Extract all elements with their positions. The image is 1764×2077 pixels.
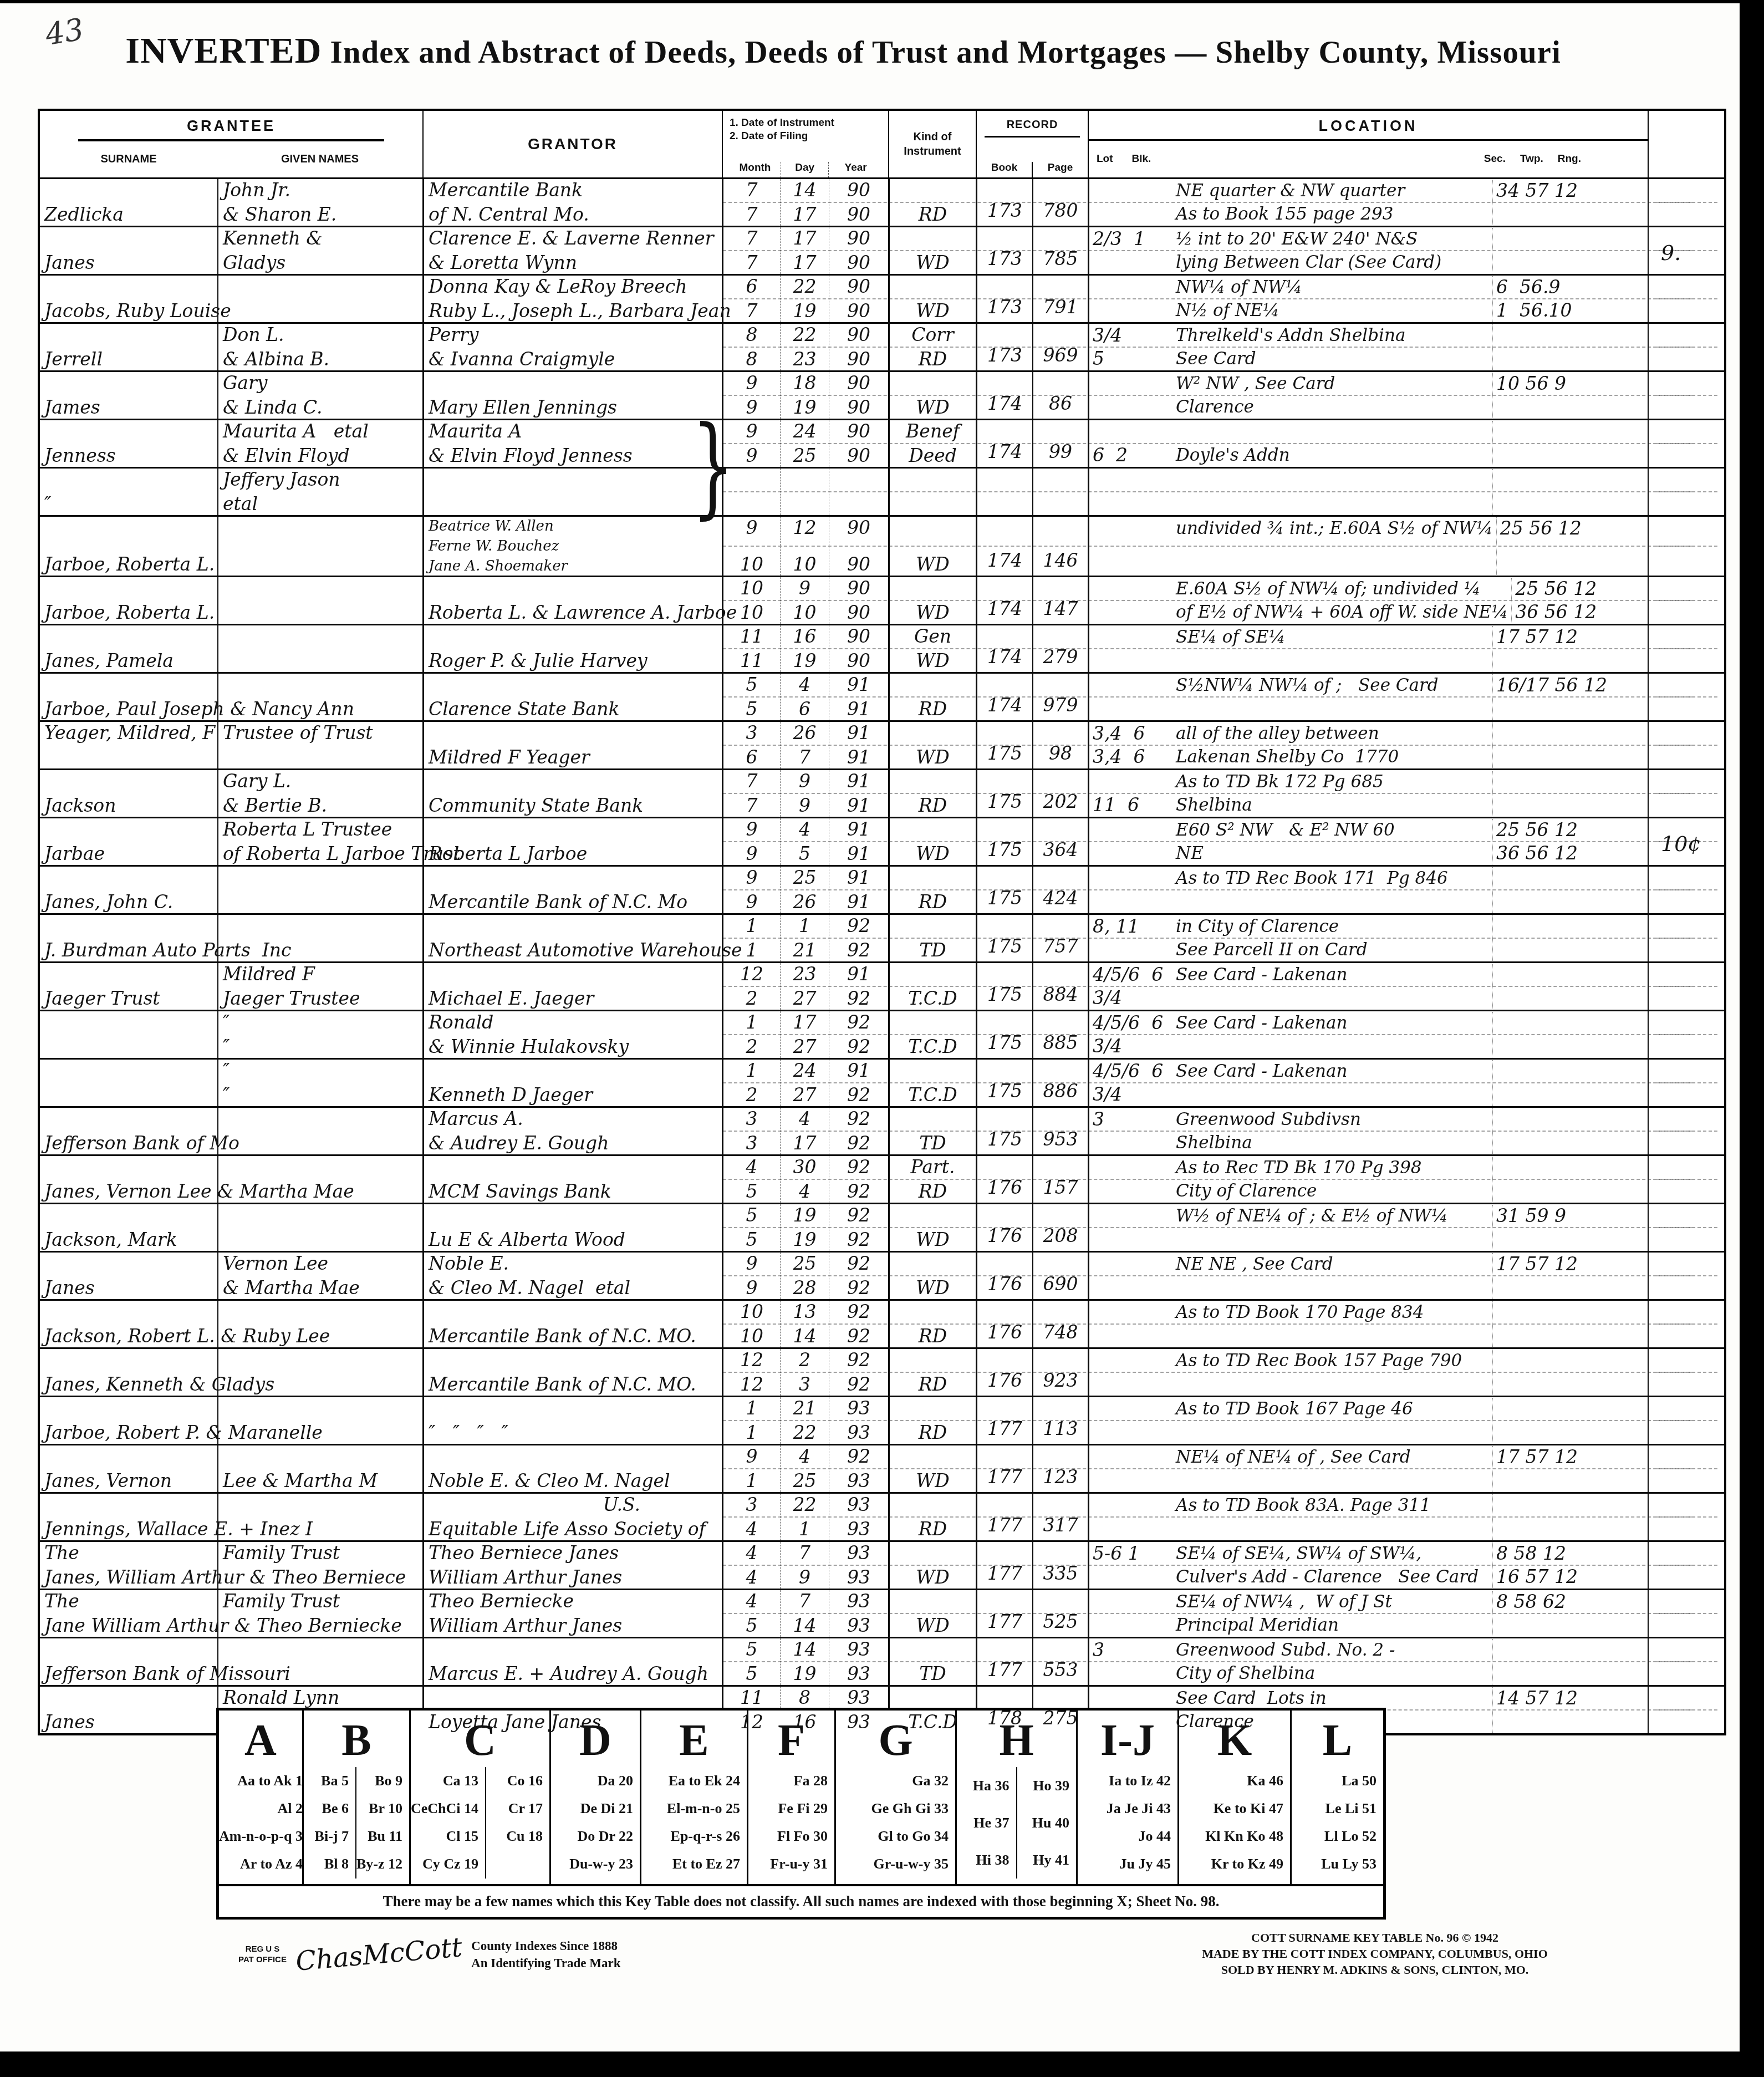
kind-of-instrument-cell-line: WD [916, 301, 949, 322]
day-cell: 304 [780, 1156, 829, 1203]
sec-twp-rng-cell-line [1496, 445, 1644, 466]
surname-cell-line: The [44, 1591, 213, 1612]
location-description-cell-line: City of Shelbina [1176, 1663, 1489, 1684]
year-cell: 9191 [829, 818, 888, 865]
kind-of-instrument-cell-line: WD [916, 1615, 949, 1636]
record-book-cell: 173 [976, 227, 1032, 274]
day-cell-line: 3 [799, 1374, 810, 1395]
record-page-cell: 147 [1032, 577, 1088, 624]
lot-blk-cell: 4/5/6 63/4 [1089, 964, 1172, 1009]
month-cell-line: 1 [746, 940, 758, 961]
given-names-cell-line [223, 1108, 418, 1129]
margin-cell [1648, 276, 1724, 322]
location-cell: NW¼ of NW¼N½ of NE¼6 56.91 56.10 [1088, 276, 1648, 322]
record-book-cell-line: 176 [987, 1274, 1022, 1295]
year-cell-line: 93 [847, 1687, 870, 1708]
given-names-cell-line [223, 650, 418, 671]
given-names-cell-line: Ronald Lynn [223, 1687, 418, 1708]
record-book-cell: 174 [976, 577, 1032, 624]
given-names-cell-line: etal [223, 493, 418, 515]
record-page-cell-line: 424 [1043, 888, 1078, 909]
record-page-cell: 748 [1032, 1301, 1088, 1347]
grantor-cell-line [429, 1398, 717, 1419]
day-cell: 2427 [780, 1060, 829, 1106]
given-names-cell: Don L.& Albina B. [217, 324, 422, 370]
lot-blk-cell-line [1093, 578, 1169, 599]
year-cell-line: 92 [847, 1374, 870, 1395]
surname-label: SURNAME [40, 153, 217, 166]
month-cell-line: 9 [746, 397, 758, 418]
record-book-cell: 174 [976, 420, 1032, 467]
grantor-cell-line: ″ ″ ″ ″ [429, 1422, 717, 1443]
year-cell-line: 90 [847, 324, 870, 345]
margin-note: 10¢ [1661, 833, 1701, 854]
location-cell: 4/5/6 63/4See Card - Lakenan [1088, 1060, 1648, 1106]
location-description-cell: Greenwood SubdivsnShelbina [1172, 1108, 1492, 1154]
location-cell: SE¼ of NW¼ , W of J StPrincipal Meridian… [1088, 1590, 1648, 1637]
grantor-cell: Noble E. & Cleo M. Nagel [422, 1445, 722, 1492]
given-names-cell: ″″ [217, 1060, 422, 1106]
year-cell-line: 93 [847, 1398, 870, 1419]
sec-twp-rng-cell-line [1496, 1157, 1644, 1178]
key-cell: Du-w-y 23 [551, 1850, 640, 1878]
surname-cell: Jerrell [40, 324, 217, 370]
surname-cell-line: Jackson, Robert L. & Ruby Lee [44, 1326, 213, 1347]
surname-cell-line [44, 1301, 213, 1322]
lot-blk-cell-line: 5-6 1 [1093, 1543, 1169, 1564]
day-cell-line: 27 [793, 1085, 817, 1106]
record-page-cell-line: 146 [1043, 550, 1078, 571]
record-book-cell-line: 175 [987, 1081, 1022, 1102]
kind-of-instrument-cell: WD [888, 1542, 976, 1589]
ledger-row: JacksonGary L.& Bertie B.Community State… [40, 770, 1724, 818]
location-description-cell-line: E60 S² NW & E² NW 60 [1176, 819, 1489, 841]
location-description-cell: As to TD Book 170 Page 834 [1172, 1301, 1492, 1347]
record-page-cell-line: 553 [1043, 1659, 1078, 1681]
day-cell-line: 9 [799, 1567, 810, 1588]
surname-cell: Jennings, Wallace E. + Inez I [40, 1494, 217, 1540]
grantor-cell-line: Kenneth D Jaeger [429, 1085, 717, 1106]
ledger-row: Jarboe, Roberta L.Roberta L. & Lawrence … [40, 577, 1724, 625]
month-cell-line: 9 [746, 892, 758, 913]
lot-blk-cell-line [1093, 1205, 1169, 1226]
given-names-cell-line [223, 892, 418, 913]
month-cell-line: 4 [746, 1543, 758, 1564]
surname-cell: Jaeger Trust [40, 963, 217, 1010]
day-cell-line: 2 [799, 1350, 810, 1371]
month-cell: 88 [722, 324, 780, 370]
location-cell: undivided ¾ int.; E.60A S½ of NW¼25 56 1… [1088, 517, 1648, 576]
given-names-cell: Mildred FJaeger Trustee [217, 963, 422, 1010]
sec-twp-rng-cell-line: 8 58 12 [1496, 1543, 1644, 1564]
sec-twp-rng-cell-line [1496, 1132, 1644, 1153]
record-page-cell: 208 [1032, 1204, 1088, 1251]
given-names-cell-line [223, 1494, 418, 1515]
given-names-cell-line [223, 1205, 418, 1226]
sec-twp-rng-cell [1492, 1157, 1648, 1202]
kind-of-instrument-cell: T.C.D [888, 963, 976, 1010]
location-description-cell: SE¼ of NW¼ , W of J StPrincipal Meridian [1172, 1591, 1492, 1636]
given-names-cell-line [223, 602, 418, 623]
day-cell-line: 7 [799, 1543, 810, 1564]
given-names-cell [217, 1301, 422, 1347]
record-page-cell: 785 [1032, 227, 1088, 274]
location-description-cell: E.60A S½ of NW¼ of; undivided ¼of E½ of … [1172, 578, 1511, 623]
given-names-cell-line [223, 517, 418, 538]
kind-of-instrument-cell: RD [888, 1301, 976, 1347]
lot-blk-cell-line [1093, 1157, 1169, 1178]
grantor-cell-line [429, 722, 717, 744]
kind-of-instrument-cell: GenWD [888, 625, 976, 672]
surname-cell-line [44, 1108, 213, 1129]
lot-blk-cell-line [1093, 819, 1169, 841]
margin-cell [1648, 372, 1724, 419]
ledger-row: Jacobs, Ruby LouiseDonna Kay & LeRoy Bre… [40, 276, 1724, 324]
day-cell-line: 17 [793, 252, 817, 273]
record-page-cell-line: 335 [1043, 1563, 1078, 1584]
kind-of-instrument-cell: WD [888, 276, 976, 322]
sec-twp-rng-cell-line [1496, 421, 1644, 442]
given-names-cell-line: of Roberta L Jarboe Trust [223, 843, 418, 864]
month-cell: 55 [722, 1638, 780, 1685]
grantor-cell-line: U.S. [429, 1494, 717, 1515]
grantor-cell: Marcus E. + Audrey A. Gough [422, 1638, 722, 1685]
record-page-cell-line: 969 [1043, 345, 1078, 366]
given-names-cell: Gary L.& Bertie B. [217, 770, 422, 817]
day-cell-line: 6 [799, 699, 810, 720]
given-names-cell-line [223, 1615, 418, 1636]
given-names-cell: ″″ [217, 1011, 422, 1058]
year-cell-line: 92 [847, 1301, 870, 1322]
day-cell-line: 1 [799, 915, 810, 936]
lot-blk-cell-line [1093, 252, 1169, 273]
kind-of-instrument-cell-line: T.C.D [908, 988, 957, 1009]
given-names-cell-line: Family Trust [223, 1543, 418, 1564]
lot-blk-cell-line [1093, 1518, 1169, 1539]
location-description-cell-line: Shelbina [1176, 1132, 1489, 1153]
location-cell: NE NE , See Card17 57 12 [1088, 1253, 1648, 1299]
location-description-cell-line: ½ int to 20' E&W 240' N&S [1176, 228, 1489, 250]
twp-label: Twp. [1520, 153, 1543, 165]
sec-twp-rng-cell-line [1496, 228, 1644, 250]
location-description-cell-line: NE¼ of NE¼ of , See Card [1176, 1447, 1489, 1468]
given-names-cell-line [223, 1326, 418, 1347]
grantor-cell-line [429, 1157, 717, 1178]
lot-blk-cell-line [1093, 203, 1169, 225]
record-page-cell: 123 [1032, 1445, 1088, 1492]
key-subcolumn: Ha 36He 37Hi 38 [957, 1767, 1016, 1879]
day-cell-line: 17 [793, 228, 817, 249]
lot-blk-cell [1089, 819, 1172, 864]
location-cell: 6 2Doyle's Addn [1088, 420, 1648, 467]
surname-cell-line [44, 578, 213, 599]
surname-cell-line: Jarboe, Paul Joseph & Nancy Ann [44, 699, 213, 720]
location-cell: W½ of NE¼ of ; & E½ of NW¼31 59 9 [1088, 1204, 1648, 1251]
key-column: AAa to Ak 1Al 2Am-n-o-p-q 3Ar to Az 4 [219, 1711, 302, 1884]
day-cell: 417 [780, 1108, 829, 1154]
grantor-cell: Marcus A.& Audrey E. Gough [422, 1108, 722, 1154]
key-cell: Am-n-o-p-q 3 [219, 1823, 309, 1850]
sec-twp-rng-cell-line [1496, 1180, 1644, 1202]
month-cell-line: 3 [746, 1494, 758, 1515]
grantor-cell-line: Roberta L. & Lawrence A. Jarboe [429, 602, 717, 623]
year-cell [829, 469, 888, 515]
lot-blk-cell-line [1093, 1132, 1169, 1153]
lot-blk-cell-line: 4/5/6 6 [1093, 964, 1169, 985]
given-names-cell-line: & Bertie B. [223, 795, 418, 816]
day-cell-line: 17 [793, 204, 817, 225]
lot-blk-cell-line: 3,4 6 [1093, 723, 1169, 744]
sec-twp-rng-cell-line [1496, 252, 1644, 273]
kind-of-instrument-cell: WD [888, 1445, 976, 1492]
location-description-cell: NW¼ of NW¼N½ of NE¼ [1172, 276, 1492, 322]
ledger-row: Janes, Kenneth & GladysMercantile Bank o… [40, 1349, 1724, 1397]
sec-twp-rng-cell [1492, 1350, 1648, 1395]
record-book-cell: 177 [976, 1542, 1032, 1589]
given-names-cell-line [223, 1398, 418, 1419]
key-table: AAa to Ak 1Al 2Am-n-o-p-q 3Ar to Az 4BBa… [216, 1708, 1386, 1920]
month-cell-line: 7 [746, 301, 758, 322]
sec-twp-rng-cell-line: 17 57 12 [1496, 627, 1644, 648]
kind-of-instrument-cell: RD [888, 867, 976, 913]
grantor-cell-line [429, 493, 717, 515]
year-cell-line: 91 [847, 843, 870, 864]
record-page-cell: 886 [1032, 1060, 1088, 1106]
sec-twp-rng-cell: 8 58 62 [1492, 1591, 1648, 1636]
month-cell-line: 5 [746, 1205, 758, 1226]
location-cell [1088, 469, 1648, 515]
location-description-cell-line: City of Clarence [1176, 1180, 1489, 1202]
key-cell: Le Li 51 [1292, 1795, 1383, 1823]
lot-label: Lot [1097, 153, 1113, 165]
lot-blk-cell-line [1093, 1422, 1169, 1443]
year-cell: 9393 [829, 1638, 888, 1685]
record-book-cell-line: 175 [987, 984, 1022, 1005]
lot-blk-cell-line: 3/4 [1093, 987, 1169, 1009]
sec-twp-rng-cell: 25 56 1236 56 12 [1511, 578, 1666, 623]
margin-cell [1648, 1397, 1724, 1444]
surname-cell: Zedlicka [40, 179, 217, 226]
given-names-cell [217, 1494, 422, 1540]
kind-of-instrument-cell: WD [888, 1253, 976, 1299]
key-cell: Kl Kn Ko 48 [1179, 1823, 1290, 1850]
day-cell: 1819 [780, 372, 829, 419]
lot-blk-cell [1089, 1494, 1172, 1540]
sec-twp-rng-cell [1492, 771, 1648, 816]
grantor-cell-line [429, 674, 717, 695]
margin-cell [1648, 1156, 1724, 1203]
month-cell-line: 10 [740, 554, 763, 575]
ledger-row: JennessMaurita A etal& Elvin FloydMaurit… [40, 420, 1724, 469]
grantor-cell-line: Marcus E. + Audrey A. Gough [429, 1663, 717, 1684]
location-description-cell: See Card - Lakenan [1172, 1060, 1492, 1106]
year-cell-line: 91 [847, 795, 870, 816]
surname-cell-line [44, 1012, 213, 1033]
day-cell-line: 26 [793, 722, 817, 744]
year-cell-line: 92 [847, 1036, 870, 1057]
sec-twp-rng-cell: 34 57 12 [1492, 180, 1648, 225]
year-cell: 9393 [829, 1397, 888, 1444]
month-cell-line: 7 [746, 204, 758, 225]
kind-of-instrument-cell-line: RD [919, 892, 947, 913]
sec-twp-rng-cell-line [1496, 1350, 1644, 1371]
kind-of-instrument-cell-line: WD [916, 397, 949, 418]
given-names-cell-line: & Martha Mae [223, 1277, 418, 1299]
year-cell-line: 90 [847, 445, 870, 466]
month-cell: 99 [722, 818, 780, 865]
day-cell-line: 7 [799, 1591, 810, 1612]
day-cell-line: 16 [793, 1712, 817, 1733]
year-cell-line: 92 [847, 1277, 870, 1299]
location-description-cell-line: As to TD Book 170 Page 834 [1176, 1302, 1489, 1323]
sec-twp-rng-cell [1492, 1301, 1648, 1347]
kind-of-instrument-cell-line: Deed [909, 445, 957, 466]
lot-blk-cell-line [1093, 1566, 1169, 1587]
record-book-cell-line: 174 [987, 550, 1022, 571]
lot-blk-cell: 3/45 [1089, 324, 1172, 370]
kind-of-instrument-cell: TD [888, 1638, 976, 1685]
column-header-grantor: GRANTOR [422, 111, 722, 177]
kind-of-instrument-cell-line: WD [916, 1277, 949, 1299]
record-page-cell-line: 780 [1043, 200, 1078, 221]
day-cell-line: 25 [793, 1253, 817, 1274]
month-cell: 77 [722, 227, 780, 274]
key-subcolumn: Da 20De Di 21Do Dr 22Du-w-y 23 [551, 1767, 640, 1879]
kind-label-line1: Kind of [914, 130, 952, 144]
given-names-cell-line: & Sharon E. [223, 204, 418, 225]
surname-cell-line [44, 819, 213, 840]
column-header-location: LOCATION Lot Blk. Sec. Twp. Rng. [1088, 111, 1648, 177]
surname-cell-line: Janes [44, 252, 213, 273]
day-cell-line: 22 [793, 324, 817, 345]
kind-of-instrument-cell-line: T.C.D [908, 1712, 957, 1733]
record-page-cell-line: 98 [1049, 743, 1072, 764]
key-cell: Ba 5 [304, 1767, 355, 1795]
year-cell-line: 93 [847, 1591, 870, 1612]
record-page-cell-line: 886 [1043, 1081, 1078, 1102]
month-cell-line: 2 [746, 1036, 758, 1057]
surname-cell-line: The [44, 1543, 213, 1564]
year-cell-line: 93 [847, 1470, 870, 1491]
day-cell-line: 22 [793, 1422, 817, 1443]
year-cell-line: 91 [847, 771, 870, 792]
given-names-cell-line [223, 301, 418, 322]
day-cell: 1727 [780, 1011, 829, 1058]
surname-cell-line: Jennings, Wallace E. + Inez I [44, 1519, 213, 1540]
location-description-cell-line [1176, 1036, 1489, 1057]
given-names-cell-line: Jaeger Trustee [223, 988, 418, 1009]
day-cell-line: 23 [793, 349, 817, 370]
sec-twp-rng-cell-line [1496, 325, 1644, 346]
record-page-cell-line: 202 [1043, 791, 1078, 812]
month-cell-line: 9 [746, 373, 758, 394]
key-cell: Bo 9 [356, 1767, 409, 1795]
day-cell: 2327 [780, 963, 829, 1010]
record-book-cell [976, 469, 1032, 515]
month-cell-line: 4 [746, 1567, 758, 1588]
blk-label: Blk. [1132, 153, 1151, 165]
given-names-cell-line [223, 626, 418, 647]
surname-cell: Janes, Kenneth & Gladys [40, 1349, 217, 1396]
record-page-cell: 953 [1032, 1108, 1088, 1154]
day-cell: 1919 [780, 1204, 829, 1251]
kind-of-instrument-cell-line: WD [916, 1567, 949, 1588]
grantor-cell-line: William Arthur Janes [429, 1615, 717, 1636]
lot-blk-cell [1089, 180, 1172, 225]
grantor-cell: Theo Berniece JanesWilliam Arthur Janes [422, 1542, 722, 1589]
location-description-cell-line [1176, 891, 1489, 912]
key-subcolumn: Co 16Cr 17Cu 18 [485, 1767, 549, 1879]
grantor-cell: Roberta L. & Lawrence A. Jarboe [422, 577, 722, 624]
given-names-cell [217, 867, 422, 913]
day-cell: 2122 [780, 1397, 829, 1444]
month-cell-line: 10 [740, 1326, 763, 1347]
record-book-cell-line: 176 [987, 1370, 1022, 1391]
sec-twp-rng-cell-line [1496, 891, 1644, 912]
margin-cell [1648, 915, 1724, 961]
year-cell: 9292 [829, 1253, 888, 1299]
surname-cell: Jenness [40, 420, 217, 467]
month-cell-line: 5 [746, 699, 758, 720]
day-cell-line: 19 [793, 1205, 817, 1226]
sec-twp-rng-cell: 10 56 9 [1492, 373, 1648, 418]
lot-blk-cell: 6 2 [1089, 421, 1172, 466]
key-grid: Ba 5Be 6Bi-j 7Bl 8Bo 9Br 10Bu 11By-z 12 [304, 1767, 409, 1884]
lot-blk-cell-line [1093, 1398, 1169, 1419]
key-cell: Cu 18 [486, 1823, 549, 1850]
ledger-row: ″Jeffery Jasonetal [40, 469, 1724, 517]
record-book-cell-line: 174 [987, 441, 1022, 462]
key-cell: Fr-u-y 31 [748, 1850, 834, 1878]
lot-blk-cell-line [1093, 1325, 1169, 1346]
kind-of-instrument-cell-line: Part. [911, 1157, 955, 1178]
location-description-cell-line [1176, 1470, 1489, 1491]
surname-cell: Janes, John C. [40, 867, 217, 913]
kind-of-instrument-cell-line: WD [916, 747, 949, 768]
month-cell-line: 1 [746, 1398, 758, 1419]
lot-blk-cell-line: 2/3 1 [1093, 228, 1169, 250]
grantor-cell-line: Roger P. & Julie Harvey [429, 650, 717, 671]
day-cell: 910 [780, 577, 829, 624]
lot-blk-cell-line [1093, 1688, 1169, 1709]
location-description-cell-line: As to TD Rec Book 157 Page 790 [1176, 1350, 1489, 1371]
surname-cell-line [44, 1085, 213, 1106]
key-subcolumn: Ca 13CeChCi 14Cl 15Cy Cz 19 [411, 1767, 485, 1879]
kind-of-instrument-cell: RD [888, 1494, 976, 1540]
record-page-cell: 98 [1032, 722, 1088, 768]
record-book-cell: 175 [976, 818, 1032, 865]
trademark-line1: County Indexes Since 1888 [471, 1937, 620, 1954]
column-header-margin [1648, 111, 1724, 177]
grantor-cell-line: MCM Savings Bank [429, 1181, 717, 1202]
sec-twp-rng-cell: 14 57 12 [1492, 1687, 1648, 1733]
ledger-table: GRANTEE SURNAME GIVEN NAMES GRANTOR 1. D… [38, 109, 1726, 1735]
ledger-row: Jarboe, Robert P. & Maranelle″ ″ ″ ″1121… [40, 1397, 1724, 1445]
ledger-body: ZedlickaJohn Jr.& Sharon E.Mercantile Ba… [40, 179, 1724, 1733]
sec-twp-rng-cell [1492, 1060, 1648, 1106]
location-description-cell: Doyle's Addn [1172, 421, 1492, 466]
year-cell-line: 92 [847, 1229, 870, 1250]
sec-twp-rng-cell-line [1496, 1422, 1644, 1443]
day-cell-line: 9 [799, 578, 810, 599]
grantor-cell-line: & Audrey E. Gough [429, 1133, 717, 1154]
grantor-cell-line [429, 1446, 717, 1467]
month-cell-line: 8 [746, 324, 758, 345]
key-column: GGa 32Ge Gh Gi 33Gl to Go 34Gr-u-w-y 35 [834, 1711, 955, 1884]
given-names-cell [217, 517, 422, 576]
location-cell: 4/5/6 63/4See Card - Lakenan [1088, 963, 1648, 1010]
record-book-cell-line: 177 [987, 1659, 1022, 1681]
